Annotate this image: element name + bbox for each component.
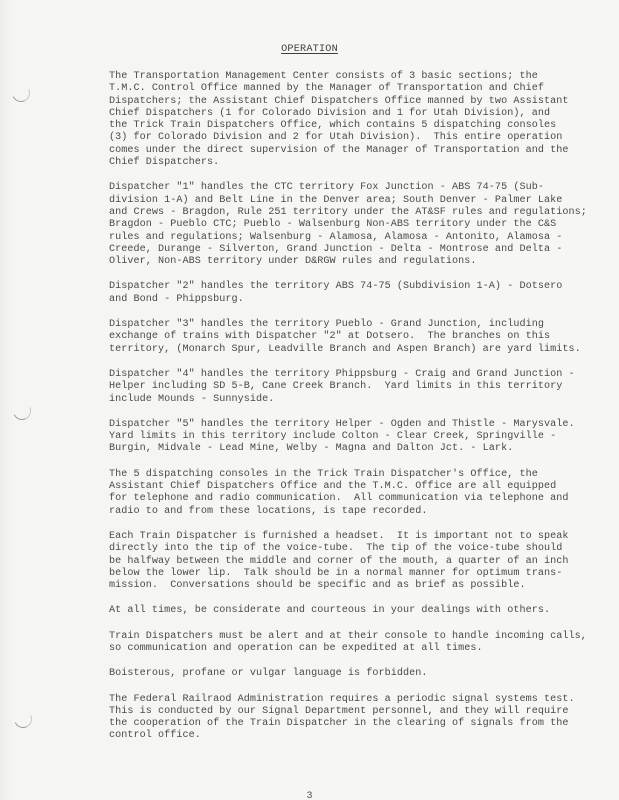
paragraph-dispatcher-2: Dispatcher "2" handles the territory ABS… xyxy=(109,281,599,306)
paragraph-consoles-communication: The 5 dispatching consoles in the Trick … xyxy=(109,469,599,518)
paragraph-courtesy: At all times, be considerate and courteo… xyxy=(109,605,599,617)
paragraph-headset: Each Train Dispatcher is furnished a hea… xyxy=(109,531,599,592)
scanned-page: OPERATION The Transportation Management … xyxy=(0,0,619,800)
page-number: 3 xyxy=(0,791,619,800)
punch-hole-mark-bottom xyxy=(11,707,34,730)
paragraph-dispatcher-1: Dispatcher "1" handles the CTC territory… xyxy=(109,182,599,268)
document-body: The Transportation Management Center con… xyxy=(109,71,599,756)
paragraph-alertness: Train Dispatchers must be alert and at t… xyxy=(109,631,599,656)
paragraph-language: Boisterous, profane or vulgar language i… xyxy=(109,668,599,680)
paragraph-tmc-overview: The Transportation Management Center con… xyxy=(109,71,599,169)
paragraph-signal-test: The Federal Railraod Administration requ… xyxy=(109,694,599,743)
page-title: OPERATION xyxy=(0,44,619,55)
paragraph-dispatcher-5: Dispatcher "5" handles the territory Hel… xyxy=(109,419,599,456)
paragraph-dispatcher-4: Dispatcher "4" handles the territory Phi… xyxy=(109,369,599,406)
punch-hole-mark-middle xyxy=(10,399,33,422)
paragraph-dispatcher-3: Dispatcher "3" handles the territory Pue… xyxy=(109,319,599,356)
punch-hole-mark-top xyxy=(9,81,32,104)
